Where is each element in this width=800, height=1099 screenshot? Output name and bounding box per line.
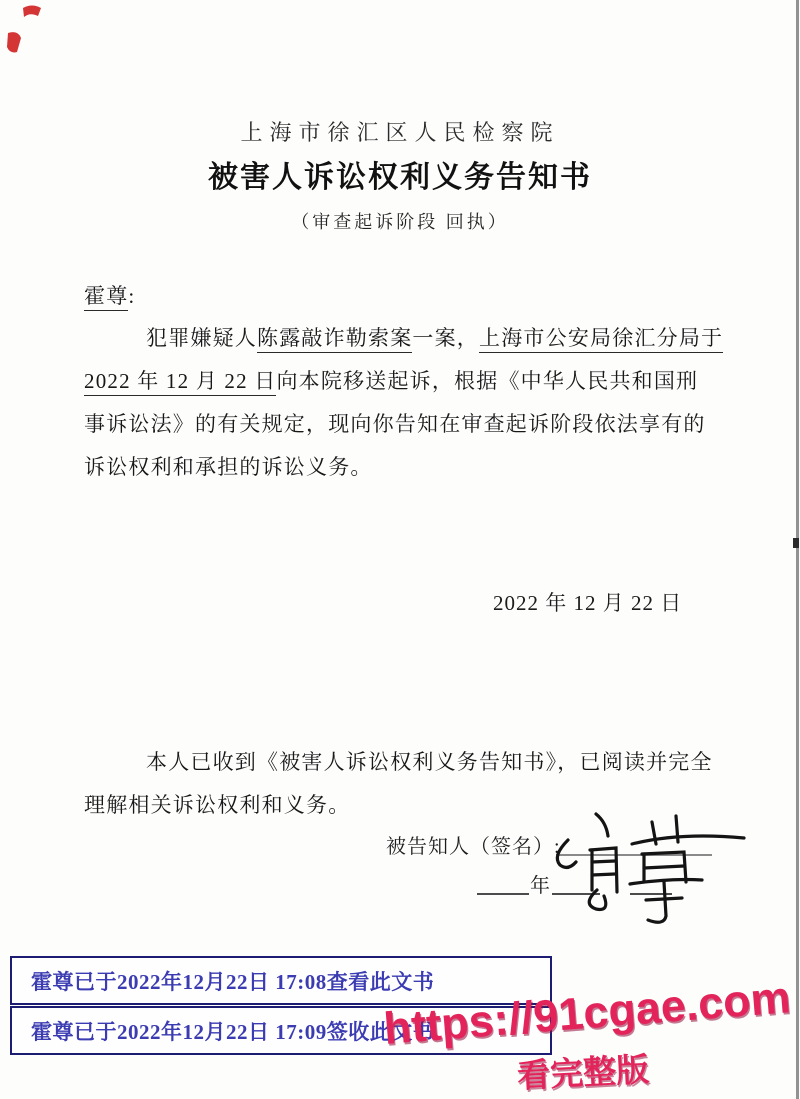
salutation: 霍尊: (84, 280, 135, 310)
sign-timestamp-text: 霍尊已于2022年12月22日 17:09签收此文书 (12, 1016, 434, 1046)
paragraph-line: 事诉讼法》的有关规定，现向你告知在审查起诉阶段依法享有的 (84, 408, 706, 438)
body-text: 一案， (412, 326, 479, 350)
watermark-caption: 看完整版 (516, 1044, 650, 1098)
signer-label: 被告知人（签名）: (386, 830, 561, 859)
police-bureau-underlined: 上海市公安局徐汇分局于 (479, 326, 723, 353)
salutation-name: 霍尊 (84, 284, 128, 311)
page-title: 被害人诉讼权利义务告知书 (0, 152, 800, 196)
scan-edge-mark (793, 538, 799, 548)
issue-date: 2022 年 12 月 22 日 (493, 587, 682, 617)
paragraph-line: 诉讼权利和承担的诉讼义务。 (84, 451, 373, 481)
receipt-line: 本人已收到《被害人诉讼权利义务告知书》，已阅读并完全 (84, 746, 713, 776)
red-corner-marks (0, 0, 60, 70)
org-name: 上海市徐汇区人民检察院 (0, 116, 800, 147)
receipt-line: 理解相关诉讼权利和义务。 (84, 789, 350, 819)
case-name-underlined: 陈露敲诈勒索案 (257, 326, 412, 353)
transfer-date-underlined: 2022 年 12 月 22 日 (84, 369, 276, 396)
scan-edge-line (796, 0, 799, 1099)
salutation-colon: : (128, 284, 135, 308)
view-timestamp-text: 霍尊已于2022年12月22日 17:08查看此文书 (12, 966, 434, 996)
paragraph-line: 犯罪嫌疑人陈露敲诈勒索案一案，上海市公安局徐汇分局于 (84, 322, 723, 352)
body-text: 向本院移送起诉，根据《中华人民共和国刑 (276, 369, 698, 393)
doc-subtitle: （审查起诉阶段 回执） (0, 208, 800, 234)
date-blank-line (477, 893, 529, 895)
body-text: 犯罪嫌疑人 (146, 326, 257, 350)
paragraph-line: 2022 年 12 月 22 日向本院移送起诉，根据《中华人民共和国刑 (84, 365, 698, 395)
document-page: 上海市徐汇区人民检察院 被害人诉讼权利义务告知书 （审查起诉阶段 回执） 霍尊:… (0, 0, 800, 1099)
signature-handwriting (540, 798, 755, 933)
